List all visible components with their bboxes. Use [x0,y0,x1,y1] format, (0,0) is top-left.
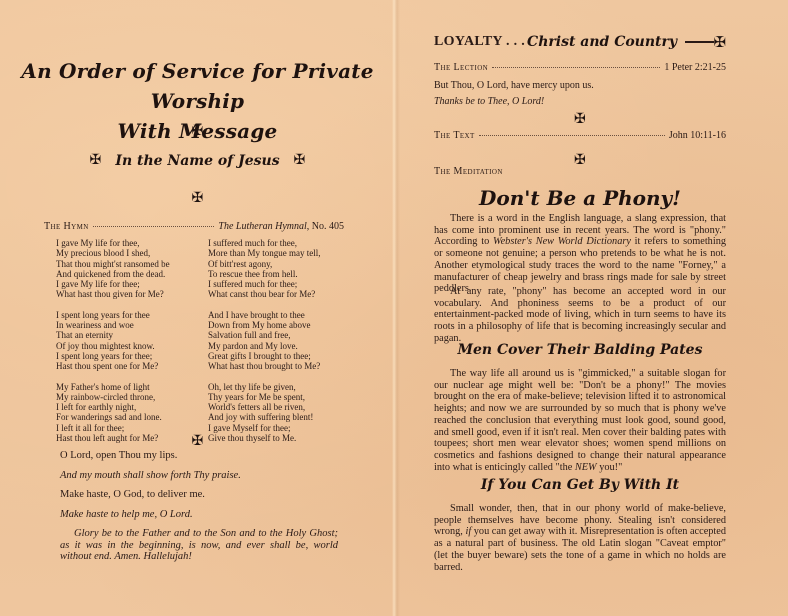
hymn-heading: The Hymn The Lutheran Hymnal, No. 405 [44,221,344,232]
cross-ornament: ✠ [0,122,395,140]
lection-response-italic: Thanks be to Thee, O Lord! [434,96,544,107]
title-line-1: An Order of Service for Private Worship [0,56,395,116]
hymn-line: Of joy thou mightest know. [56,341,208,351]
cross-icon: ✠ [574,153,586,167]
text-reference: John 10:11-16 [669,130,726,141]
cross-icon: ✠ [192,124,204,138]
hymn-stanza: I spent long years for theeIn weariness … [56,310,208,372]
cross-icon: ✠ [713,35,726,49]
versicles: O Lord, open Thou my lips. And my mouth … [60,450,338,570]
hymn-line: What canst thou bear for Me? [208,289,356,299]
hymn-line: My Father's home of light [56,382,208,392]
hymn-line: In weariness and woe [56,320,208,330]
section-title: Men Cover Their Balding Pates [398,342,762,358]
hymn-stanza: And I have brought to theeDown from My h… [208,310,356,372]
hymn-line: I left for earthly night, [56,402,208,412]
hymn-line: I spent long years for thee; [56,351,208,361]
gloria-patri: Glory be to the Father and to the Son an… [60,528,338,563]
hymn-line: And quickened from the dead. [56,269,208,279]
dotted-leader [479,135,665,136]
response: Make haste to help me, O Lord. [60,509,338,521]
cross-ornament: ✠ [0,189,395,207]
hymnal-title: The Lutheran Hymnal [218,221,306,232]
hymn-line: Thy years for Me be spent, [208,392,356,402]
hymn-line: My pardon and My love. [208,341,356,351]
hymn-stanza: I gave My life for thee,My precious bloo… [56,238,208,300]
lection-row: The Lection 1 Peter 2:21-25 [434,62,726,73]
hymn-line: For wanderings sad and lone. [56,412,208,422]
hymn-line: My precious blood I shed, [56,248,208,258]
hymn-stanza: I suffered much for thee,More than My to… [208,238,356,300]
subtitle: In the Name of Jesus [115,153,279,169]
header-rule [685,41,714,43]
hymn-line: Hast thou spent one for Me? [56,361,208,371]
cross-icon: ✠ [192,191,204,205]
response: And my mouth shall show forth Thy praise… [60,470,338,482]
hymn-line: And I have brought to thee [208,310,356,320]
hymn-line: And joy with suffering blent! [208,412,356,422]
hymn-line: Down from My home above [208,320,356,330]
hymn-line: What hast thou given for Me? [56,289,208,299]
hymn-line: That thou might'st ransomed be [56,259,208,269]
header-loyalty: LOYALTY . . . [434,34,525,50]
lection-label: The Lection [434,62,488,73]
left-page: An Order of Service for Private Worship … [0,0,395,616]
hymn-line: That an eternity [56,330,208,340]
hymn-line: I suffered much for thee, [208,238,356,248]
meditation-title: Don't Be a Phony! [398,186,762,210]
hymn-line: Salvation full and free, [208,330,356,340]
hymn-number: , No. 405 [307,221,344,232]
hymn-line: I suffered much for thee; [208,279,356,289]
cross-icon: ✠ [90,153,102,167]
cross-icon: ✠ [294,153,306,167]
hymn-line: Great gifts I brought to thee; [208,351,356,361]
hymn-line: I spent long years for thee [56,310,208,320]
header-script: Christ and Country [527,34,677,50]
text-row: The Text John 10:11-16 [434,130,726,141]
section-title: If You Can Get By With It [398,477,762,493]
versicle: O Lord, open Thou my lips. [60,450,338,462]
hymn-line: My rainbow-circled throne, [56,392,208,402]
emphasis: NEW [575,462,597,473]
cross-ornament: ✠ [398,110,762,128]
meditation-label: The Meditation [434,166,503,177]
subtitle-line: ✠In the Name of Jesus✠ [0,153,395,170]
hymn-line: I gave My life for thee, [56,238,208,248]
hymn-line: What hast thou brought to Me? [208,361,356,371]
cross-icon: ✠ [574,112,586,126]
page-header: LOYALTY . . . Christ and Country ✠ [434,34,726,50]
hymn-line: To rescue thee from hell. [208,269,356,279]
hymn-line: World's fetters all be riven, [208,402,356,412]
cross-ornament: ✠ [0,432,395,450]
para-text: you!" [597,462,623,473]
hymn-line: Oh, let thy life be given, [208,382,356,392]
dotted-leader [492,67,660,68]
hymn-line: Of bitt'rest agony, [208,259,356,269]
hymn-line: More than My tongue may tell, [208,248,356,258]
hymn-line: I gave My life for thee; [56,279,208,289]
book-title: Webster's New World Dictionary [493,236,631,247]
paragraph-2: At any rate, "phony" has become an accep… [434,286,726,345]
dotted-leader [93,226,215,227]
right-page: LOYALTY . . . Christ and Country ✠ The L… [398,0,788,616]
hymn-source: The Lutheran Hymnal, No. 405 [218,221,344,232]
versicle: Make haste, O God, to deliver me. [60,489,338,501]
hymn-verses: I gave My life for thee,My precious bloo… [56,238,356,443]
lection-response: But Thou, O Lord, have mercy upon us. [434,80,594,91]
para-text: The way life all around us is "gimmicked… [434,368,726,473]
lection-reference: 1 Peter 2:21-25 [664,62,726,73]
text-label: The Text [434,130,475,141]
hymn-label: The Hymn [44,221,89,232]
para-text: you can get away with it. Misrepresentat… [434,526,726,572]
paragraph-1: There is a word in the English language,… [434,213,726,295]
cross-icon: ✠ [192,434,204,448]
paragraph-3: The way life all around us is "gimmicked… [434,368,726,473]
paragraph-4: Small wonder, then, that in our phony wo… [434,503,726,573]
